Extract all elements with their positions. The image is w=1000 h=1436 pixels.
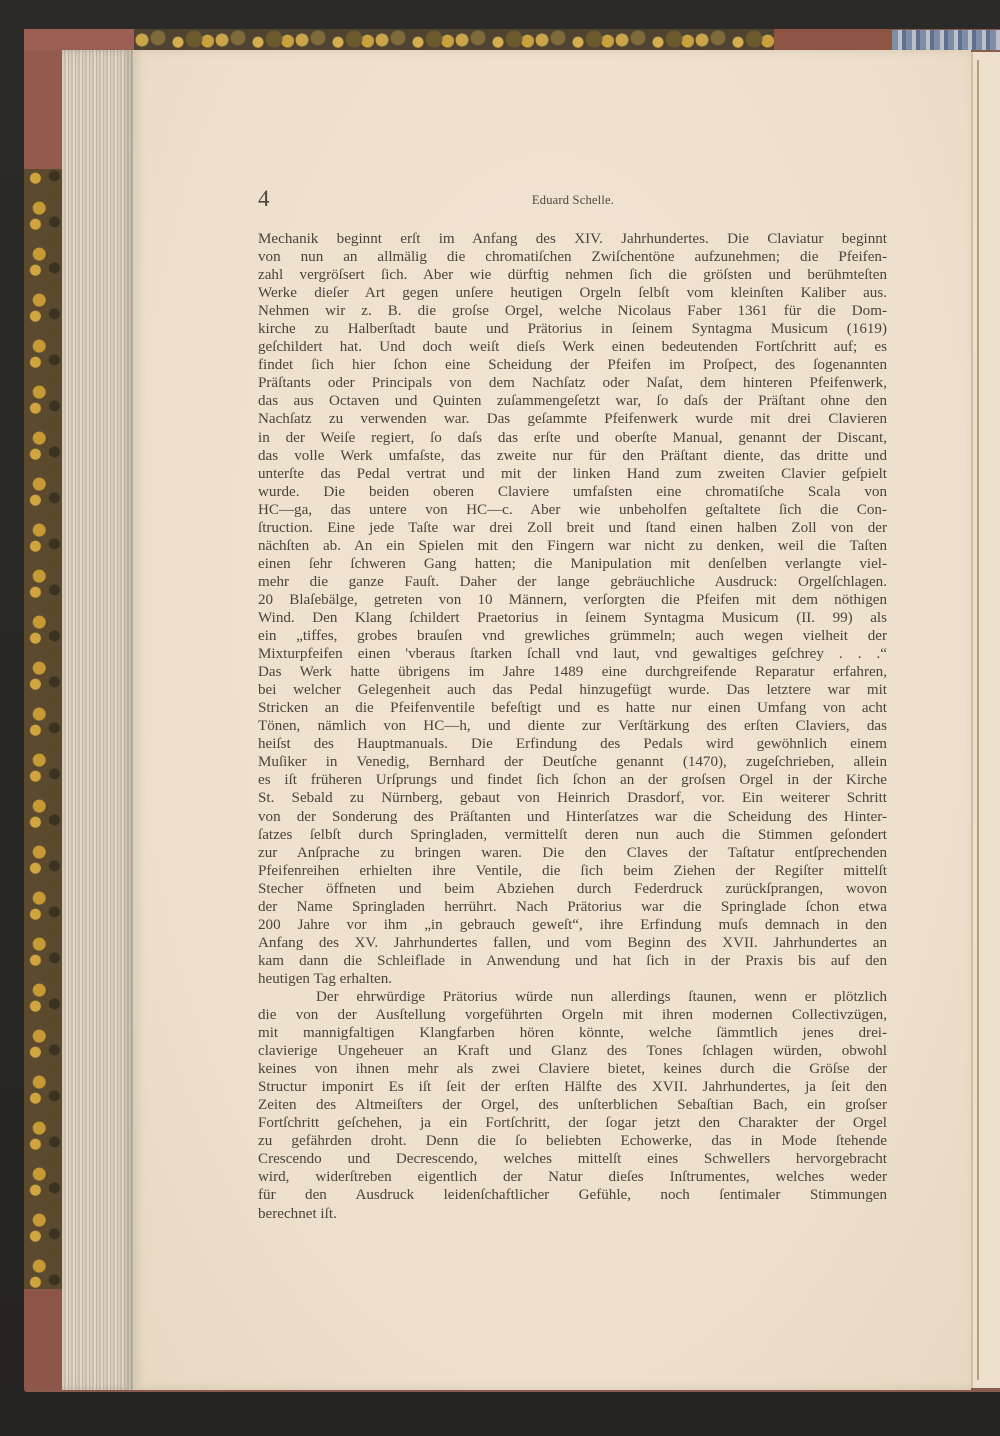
text-line: Anfang des XV. Jahrhundertes fallen, und…: [258, 934, 887, 952]
text-line: zahl vergröſsert ſich. Aber wie dürftig …: [258, 266, 887, 284]
text-line: clavierige Ungeheuer an Kraft und Glanz …: [258, 1042, 887, 1060]
text-line: Das Werk hatte übrigens im Jahre 1489 ei…: [258, 663, 887, 681]
running-title: Eduard Schelle.: [258, 193, 888, 208]
text-line: Muſiker in Venedig, Bernhard der Deutſch…: [258, 753, 887, 771]
headband: [892, 30, 1000, 50]
text-line: zu gefährden droht. Denn die ſo beliebte…: [258, 1132, 887, 1150]
text-line: mit mannigfaltigen Klangfarben hören kön…: [258, 1024, 887, 1042]
text-line: das volle Werk umfaſste, das zweite nur …: [258, 447, 887, 465]
text-line: das aus Octaven und Quinten zuſammengeſe…: [258, 392, 887, 410]
cover-leather-corner-top: [24, 29, 134, 51]
text-line: zur Anſprache zu bringen waren. Die den …: [258, 844, 887, 862]
text-line-paragraph-end: berechnet iſt.: [258, 1205, 887, 1223]
text-line: Structur imponirt Es iſt ſeit der erſten…: [258, 1078, 887, 1096]
text-line: Fortſchritt geſchehen, ja ein Fortſchrit…: [258, 1114, 887, 1132]
text-line: Zeiten des Altmeiſters der Orgel, des un…: [258, 1096, 887, 1114]
text-line: Stecher öffneten und beim Abziehen durch…: [258, 880, 887, 898]
text-line: geſchildert hat. Und doch weiſt dieſs We…: [258, 338, 887, 356]
text-line: einen ſehr ſchweren Gang hatten; die Man…: [258, 555, 887, 573]
text-line: unterſte das Pedal vertrat und mit der l…: [258, 465, 887, 483]
text-line: 200 Jahre vor ihm „in gebrauch geweſt“, …: [258, 916, 887, 934]
text-line: St. Sebald zu Nürnberg, gebaut von Heinr…: [258, 789, 887, 807]
text-line: der Name Springladen herrührt. Nach Prät…: [258, 898, 887, 916]
text-line: kam dann die Schleiflade in Anwendung un…: [258, 952, 887, 970]
text-line: bei welcher Gelegenheit auch das Pedal h…: [258, 681, 887, 699]
text-line: ſtruction. Eine jede Taſte war drei Zoll…: [258, 519, 887, 537]
text-line-paragraph-start: Der ehrwürdige Prätorius würde nun aller…: [258, 988, 887, 1006]
text-line: Stricken an die Pfeifenventile befeſtigt…: [258, 699, 887, 717]
text-line: Nehmen wir z. B. die groſse Orgel, welch…: [258, 302, 887, 320]
text-line: Wind. Den Klang ſchildert Praetorius in …: [258, 609, 887, 627]
page-gutter: [971, 52, 1000, 1388]
text-line: für den Ausdruck leidenſchaftlicher Gefü…: [258, 1186, 887, 1204]
text-line: findet ſich hier ſchon eine Scheidung de…: [258, 356, 887, 374]
text-line: es iſt früheren Urſprungs und findet ſic…: [258, 771, 887, 789]
text-line: HC—ga, das untere von HC—c. Aber wie unb…: [258, 501, 887, 519]
text-line: Mixturpfeifen einen 'vberaus ſtarken ſch…: [258, 645, 887, 663]
text-line: keines von ihnen mehr als zwei Claviere …: [258, 1060, 887, 1078]
text-line: kirche zu Halberſtadt baute und Prätoriu…: [258, 320, 887, 338]
book-photo: 4 Eduard Schelle. Mechanik beginnt erſt …: [0, 0, 1000, 1436]
text-line: Präſtants oder Principals von dem Nachſa…: [258, 374, 887, 392]
text-line: 20 Blaſebälge, getreten von 10 Männern, …: [258, 591, 887, 609]
text-line: ein „tiffes, grobes brauſen vnd grewlich…: [258, 627, 887, 645]
text-line: nächſten ab. An ein Spielen mit den Fing…: [258, 537, 887, 555]
text-line: ſatzes ſelbſt durch Springladen, vermitt…: [258, 826, 887, 844]
text-line-paragraph-end: heutigen Tag erhalten.: [258, 970, 887, 988]
text-line: in der Weiſe regiert, ſo daſs das erſte …: [258, 429, 887, 447]
text-line: Tönen, nämlich von HC—h, und diente zur …: [258, 717, 887, 735]
text-line: heiſst des Hauptmanuals. Die Erfindung d…: [258, 735, 887, 753]
text-line: Pfeifenreihen erhielten ihre Ventile, di…: [258, 862, 887, 880]
body-text: Mechanik beginnt erſt im Anfang des XIV.…: [258, 230, 887, 1223]
running-head: 4 Eduard Schelle.: [258, 190, 888, 212]
text-line: Crescendo und Decrescendo, welches mitte…: [258, 1150, 887, 1168]
cover-leather-spine-top: [774, 29, 894, 51]
text-line: Werke dieſer Art gegen unſere heutigen O…: [258, 284, 887, 302]
text-line: Mechanik beginnt erſt im Anfang des XIV.…: [258, 230, 887, 248]
text-line: die von der Ausſtellung vorgeführten Org…: [258, 1006, 887, 1024]
text-line: wird, widerſtreben eigentlich der Natur …: [258, 1168, 887, 1186]
cover-leather-corner-left-bottom: [24, 1289, 62, 1389]
cover-marbled-paper-left: [24, 169, 62, 1289]
binding-thread: [977, 60, 979, 1380]
cover-leather-corner-left-top: [24, 51, 62, 169]
text-line: mehr die ganze Fauſt. Daher der lange ge…: [258, 573, 887, 591]
text-line: wurde. Die beiden oberen Claviere umfaſs…: [258, 483, 887, 501]
cover-marbled-paper-top: [134, 29, 774, 51]
text-line: von der Sonderung des Präſtanten und Hin…: [258, 808, 887, 826]
text-line: Nachſatz zu verwenden war. Das geſammte …: [258, 410, 887, 428]
text-line: von nun an allmälig die chromatiſchen Zw…: [258, 248, 887, 266]
page-edges: [62, 50, 134, 1390]
